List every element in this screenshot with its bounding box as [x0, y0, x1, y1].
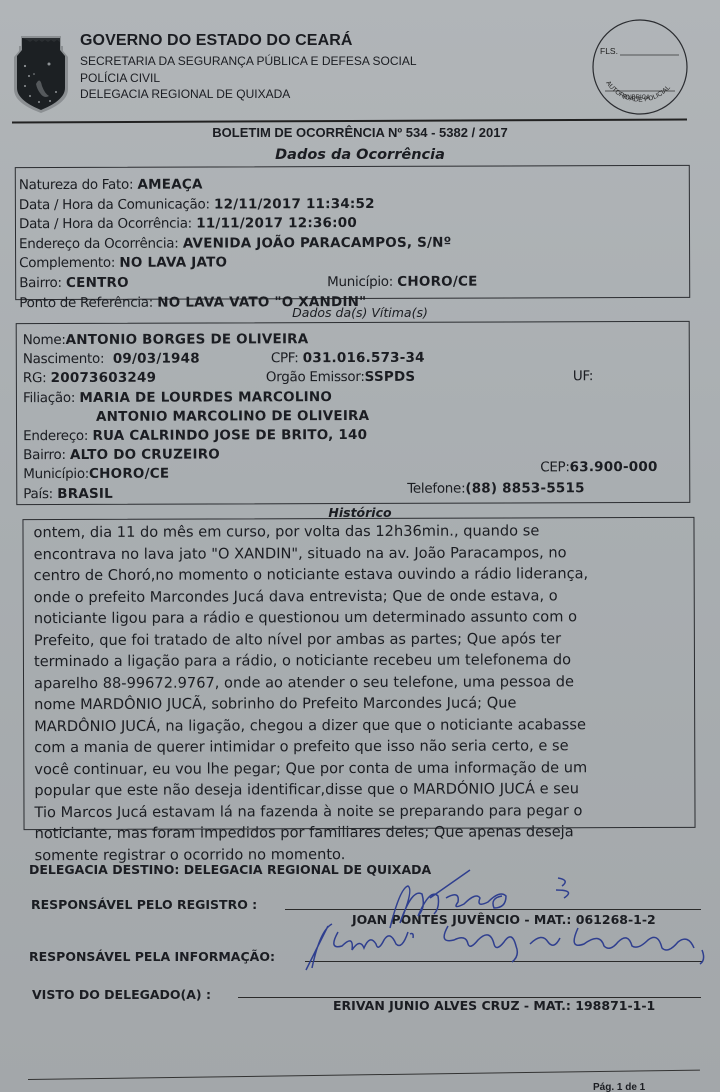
history-text: ontem, dia 11 do mês em curso, por volta…	[33, 520, 694, 866]
informant-signature	[298, 920, 720, 975]
station-name: DELEGACIA REGIONAL DE QUIXADA	[80, 86, 417, 103]
history-line: você continuar, eu vou lhe pegar; Que po…	[34, 756, 694, 780]
authority-ring-text: AUTORIDADE POLICIAL	[604, 80, 672, 104]
header-divider	[12, 119, 687, 124]
father-row: ANTONIO MARCOLINO DE OLIVEIRA	[23, 406, 689, 428]
rg-value: 20073603249	[51, 370, 157, 386]
nature-value: AMEAÇA	[137, 177, 202, 193]
rg-issuer-row: RG: 20073603249 Orgão Emissor:SSPDS UF:	[23, 367, 689, 389]
cep-value: 63.900-000	[570, 459, 658, 475]
complement-value: NO LAVA JATO	[119, 255, 227, 271]
country-phone-row: País: BRASIL Telefone:(88) 8853-5515	[23, 482, 689, 504]
victim-box: Nome:ANTONIO BORGES DE OLIVEIRA Nascimen…	[16, 321, 691, 505]
history-line: noticiante ligou para a rádio e question…	[34, 606, 694, 630]
occurrence-datetime-row: Data / Hora da Ocorrência: 11/11/2017 12…	[19, 213, 689, 235]
authority-stamp: FLS. RUBRICA AUTORIDADE POLICIAL	[591, 19, 689, 117]
footer-divider	[28, 1070, 700, 1080]
occurrence-address: AVENIDA JOÃO PARACAMPOS, S/Nº	[183, 234, 452, 251]
country-value: BRASIL	[57, 485, 113, 501]
victim-address-row: Endereço: RUA CALRINDO JOSE DE BRITO, 14…	[23, 425, 689, 447]
history-line: Prefeito, que foi tratado de alto nível …	[34, 627, 694, 651]
history-line: terminado a ligação para a rádio, o noti…	[34, 649, 694, 673]
birth-date: 09/03/1948	[113, 351, 200, 367]
victim-name-row: Nome:ANTONIO BORGES DE OLIVEIRA	[23, 329, 689, 351]
city-value: CHORO/CE	[397, 274, 477, 290]
birth-cpf-row: Nascimento: 09/03/1948 CPF: 031.016.573-…	[23, 348, 689, 370]
history-line: onde o prefeito Marcondes Jucá dava entr…	[34, 584, 694, 608]
complement-row: Complemento: NO LAVA JATO	[19, 252, 689, 274]
history-line: encontrava no lava jato "O XANDIN", situ…	[34, 541, 694, 565]
victim-section-title: Dados da(s) Vítima(s)	[0, 305, 720, 320]
history-line: Tio Marcos Jucá estavam lá na fazenda à …	[34, 799, 694, 823]
phone-value: (88) 8853-5515	[465, 480, 584, 496]
communication-datetime-row: Data / Hora da Comunicação: 12/11/2017 1…	[19, 193, 689, 215]
history-line: com a mania de querer intimidar o prefei…	[34, 735, 694, 759]
occurrence-box: Natureza do Fato: AMEAÇA Data / Hora da …	[15, 165, 690, 300]
victim-address: RUA CALRINDO JOSE DE BRITO, 140	[92, 427, 367, 444]
report-title: BOLETIM DE OCORRÊNCIA Nº 534 - 5382 / 20…	[0, 125, 720, 140]
nature-row: Natureza do Fato: AMEAÇA	[19, 174, 689, 196]
informant-label: RESPONSÁVEL PELA INFORMAÇÃO:	[29, 949, 275, 964]
agency-header: GOVERNO DO ESTADO DO CEARÁ SECRETARIA DA…	[80, 32, 417, 103]
fls-label: FLS.	[600, 46, 618, 56]
page-number: Pág. 1 de 1	[593, 1082, 645, 1092]
history-line: popular que este não deseja identificar,…	[34, 778, 694, 802]
occurrence-address-row: Endereço da Ocorrência: AVENIDA JOÃO PAR…	[19, 233, 689, 255]
mother-name: MARIA DE LOURDES MARCOLINO	[79, 389, 332, 406]
police-report-page: GOVERNO DO ESTADO DO CEARÁ SECRETARIA DA…	[0, 0, 720, 1092]
victim-district: ALTO DO CRUZEIRO	[70, 447, 220, 464]
occurrence-section-title: Dados da Ocorrência	[0, 147, 720, 163]
history-line: nome MARDÔNIO JUCÃ, sobrinho do Prefeito…	[34, 692, 694, 716]
victim-city-cep-row: Município:CHORO/CE CEP:63.900-000	[23, 463, 689, 485]
secretariat-name: SECRETARIA DA SEGURANÇA PÚBLICA E DEFESA…	[80, 53, 417, 70]
history-line: MARDÔNIO JUCÁ, na ligação, chegou a dize…	[34, 713, 694, 737]
communication-datetime: 12/11/2017 11:34:52	[214, 196, 375, 213]
history-line: noticiante, mas foram impedidos por fami…	[35, 821, 695, 845]
history-line: aparelho 88-99672.9767, onde ao atender …	[34, 670, 694, 694]
history-line: centro de Choró,no momento o noticiante …	[34, 563, 694, 587]
occurrence-datetime: 11/11/2017 12:36:00	[196, 215, 357, 232]
chief-name: ERIVAN JUNIO ALVES CRUZ - MAT.: 198871-1…	[333, 998, 655, 1013]
registrar-label: RESPONSÁVEL PELO REGISTRO :	[31, 897, 257, 912]
victim-name: ANTONIO BORGES DE OLIVEIRA	[66, 331, 309, 348]
destination-label: DELEGACIA DESTINO:	[29, 862, 179, 877]
government-name: GOVERNO DO ESTADO DO CEARÁ	[80, 32, 417, 50]
victim-city: CHORO/CE	[89, 466, 169, 482]
police-name: POLÍCIA CIVIL	[80, 70, 417, 87]
father-name: ANTONIO MARCOLINO DE OLIVEIRA	[96, 408, 369, 425]
district-value: CENTRO	[66, 275, 129, 291]
parents-row: Filiação: MARIA DE LOURDES MARCOLINO	[23, 386, 689, 408]
district-city-row: Bairro: CENTRO Município: CHORO/CE	[19, 272, 689, 294]
history-line: ontem, dia 11 do mês em curso, por volta…	[33, 520, 693, 544]
history-box: ontem, dia 11 do mês em curso, por volta…	[22, 517, 695, 830]
cpf-value: 031.016.573-34	[303, 350, 425, 366]
state-police-shield-icon	[12, 34, 70, 114]
chief-label: VISTO DO DELEGADO(A) :	[32, 987, 211, 1002]
issuer-value: SSPDS	[365, 369, 416, 385]
